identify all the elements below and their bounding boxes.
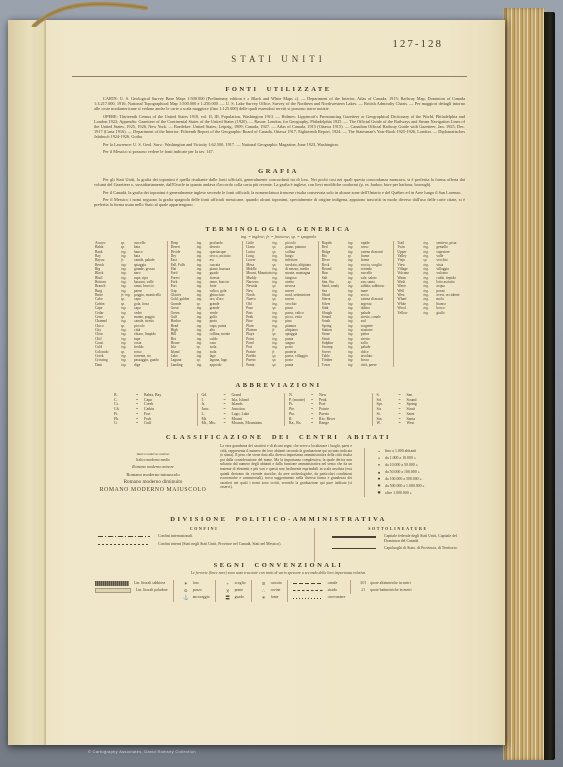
legend-item: 501quote altimetriche in metri (356, 580, 411, 587)
legend-item: Confini internazionali. (98, 534, 310, 539)
map-symbol-icon: 〓 (221, 594, 235, 601)
abbreviation-column: S.=San Sd.=Sound Spr.=Spring Str.=Strait… (372, 393, 460, 426)
legend-item: canale (293, 580, 346, 587)
coastline-swatch-icon (95, 588, 131, 593)
population-range-label: da 500.000 a 1.000.000 » (385, 483, 424, 490)
legend-item: Capitale federale degli Stati Uniti, Cap… (332, 534, 464, 543)
section-heading-terminologia: TERMINOLOGIA GENERICA (88, 226, 469, 233)
legend-item: Confini interni (Stati negli Stati Uniti… (98, 542, 310, 547)
underlines-column: SOTTOLINEATURE Capitale federale degli S… (332, 526, 464, 554)
glossary-row: Landinging.approdo (171, 363, 240, 367)
page-title: STATI UNITI (88, 54, 469, 64)
abbreviation: G. (114, 421, 136, 426)
glossary-term: Landing (171, 363, 197, 367)
section-heading-abbreviazioni: ABBREVIAZIONI (88, 382, 469, 389)
town-symbol-icon: ● (373, 462, 385, 469)
legend-label: cascata (271, 580, 282, 587)
paragraph: Per il Messico si possono vedere le font… (94, 149, 465, 154)
type-specimens: Italico moderno minimo Italico moderno m… (92, 452, 214, 495)
legend-label: carovaniere (328, 594, 346, 601)
abbreviation-column: Gd.=Grand I.=Isla, Island Is.=Islands Ju… (197, 393, 285, 426)
population-range-label: oltre 1.000.000 » (385, 490, 412, 497)
terminology-column: Trailing.sentiero, pista Twining.gemello… (393, 241, 469, 367)
section-heading-fonti: FONTI UTILIZZATE (88, 86, 469, 93)
abbreviation-row: Mt., Mts.=Mounts, Mountains (202, 421, 281, 426)
abbreviation: Mt., Mts. (202, 421, 224, 426)
legend-label: canale (328, 580, 338, 587)
copyright-notice: © Cartography Associates, David Rumsey C… (88, 749, 196, 754)
section-heading-grafia: GRAFIA (88, 168, 469, 175)
symbols-group-b: +scoglio )(ponte 〓guado (215, 580, 251, 602)
borders-title: CONFINI (98, 526, 310, 531)
abbreviation-row: G.=Gulf (114, 421, 193, 426)
legend-item: ✳fonte (257, 594, 282, 601)
town-symbol-icon: ● (373, 455, 385, 462)
legend-label: pozzo (193, 587, 202, 594)
border-line-icon (98, 544, 150, 545)
underlines-items: Capitale federale degli Stati Uniti, Cap… (332, 534, 464, 551)
paragraph: CARTE: U. S. Geological Survey Base Maps… (94, 96, 465, 111)
glossary-term: Yellow (397, 311, 423, 315)
glossary-term: Town (322, 363, 348, 367)
type-specimen: Italico moderno medio (92, 458, 214, 462)
glossary-row: Daming.diga (95, 363, 164, 367)
map-symbol-icon: ✶ (179, 580, 193, 587)
population-range-row: ●oltre 1.000.000 » (373, 490, 473, 497)
abbreviation: Ra., Rs. (289, 421, 311, 426)
population-range-label: fino a 1.000 abitanti (385, 448, 416, 455)
page-number: 127-128 (392, 38, 443, 50)
map-symbol-icon: )( (221, 587, 235, 594)
legend-label: Confini interni (Stati negli Stati Uniti… (158, 542, 281, 547)
coastline-group: Lin. litorali sabbiose Lin. litorali pal… (90, 580, 173, 594)
legend-item: 21quote batimetriche in metri (356, 587, 411, 594)
classification-block: Italico moderno minimo Italico moderno m… (88, 444, 469, 522)
glossary-term: Punta (246, 363, 272, 367)
terminology-column: Rapidsing.rapide Reding.rosso Ridgeing.c… (318, 241, 394, 367)
bookmark-cord (28, 0, 158, 27)
abbreviation-row: Ra., Rs.=Range (289, 421, 368, 426)
glossary-row: Towning.città, paese (322, 363, 391, 367)
elevation-group: 501quote altimetriche in metri 21quote b… (350, 580, 416, 594)
grafia-paragraphs: Per gli Stati Uniti, la grafia dei topon… (94, 177, 465, 210)
expansion: Range (319, 421, 368, 426)
legend-item: )(ponte (221, 587, 246, 594)
abbreviation-row: W.=West (377, 421, 456, 426)
equals-sign: = (399, 421, 407, 426)
paragraph: Per la Lawrence: U. S. Geol. Surv.: Wash… (94, 142, 465, 147)
legend-label: Lin. litorali sabbiose (134, 580, 165, 587)
map-symbol-icon: ⊙ (179, 587, 193, 594)
legend-item: strada (293, 587, 346, 594)
glossary-lang: ing. (423, 311, 436, 315)
paragraph: OPERE: Thirteenth Census of the United S… (94, 114, 465, 139)
paragraph: Per gli Stati Uniti, la grafia dei topon… (94, 177, 465, 187)
abbreviation-column: B.=Bahía, Bay C.=Capo Cr.=Creek Cñ.=Cañó… (110, 393, 197, 426)
fonti-paragraphs: CARTE: U. S. Geological Survey Base Maps… (94, 96, 465, 157)
glossary-meaning: approdo (210, 363, 240, 367)
legend-item: 〓guado (221, 594, 246, 601)
town-symbol-icon: ● (373, 490, 385, 497)
legend-item: Capoluoghi di Stato, di Provincia, di Te… (332, 546, 464, 551)
symbols-group-c: ≋cascata ∴rovine ✳fonte (251, 580, 287, 602)
legend-label: ancoraggio (193, 594, 210, 601)
book-fore-edge-pages (503, 8, 545, 760)
population-range-label: da 100.000 a 500.000 » (385, 476, 422, 483)
type-specimen: Italico moderno minimo (92, 452, 214, 456)
population-range-label: da 1.000 a 10.000 » (385, 455, 416, 462)
glossary-term: Dam (95, 363, 121, 367)
town-symbol-icon: ● (373, 448, 385, 455)
legend-label: faro (193, 580, 199, 587)
legend-item: Lin. litorali paludose (95, 587, 168, 594)
page-gutter-edge (8, 20, 46, 745)
book: 127-128 STATI UNITI FONTI UTILIZZATE CAR… (0, 0, 563, 767)
expansion: Mounts, Mountains (232, 421, 281, 426)
coastline-swatch-icon (95, 581, 129, 586)
terminology-column: Littleing.piccolo Llanosp.piano, pianura… (242, 241, 318, 367)
town-symbol-icon: ● (373, 469, 385, 476)
legend-label: guado (235, 594, 244, 601)
population-ranges: ●fino a 1.000 abitanti ●da 1.000 a 10.00… (364, 448, 473, 497)
legend-label: rovine (271, 587, 281, 594)
page-content: 127-128 STATI UNITI FONTI UTILIZZATE CAR… (88, 20, 469, 745)
legend-item: ≋cascata (257, 580, 282, 587)
type-specimen: Romano moderno minuscolo (92, 472, 214, 477)
legend-label: Confini internazionali. (158, 534, 193, 539)
section-heading-segni: SEGNI CONVENZIONALI (88, 562, 469, 569)
photo-background: { "page": { "page_number": "127-128", "t… (0, 0, 563, 767)
population-range-row: ●da 10.000 a 50.000 » (373, 462, 473, 469)
conventional-signs-legend: Lin. litorali sabbiose Lin. litorali pal… (90, 580, 469, 602)
line-signs-group: canale strada carovaniere (287, 580, 351, 602)
map-symbol-icon: ⚓ (179, 594, 193, 601)
abbreviations-table: B.=Bahía, Bay C.=Capo Cr.=Creek Cñ.=Cañó… (110, 393, 459, 426)
population-range-row: ●fino a 1.000 abitanti (373, 448, 473, 455)
town-symbol-icon: ● (373, 483, 385, 490)
legend-label: quote batimetriche in metri (370, 587, 411, 594)
terminology-column: Deeping.profondo Deserting.deserto Divid… (167, 241, 243, 367)
terminology-column: Arroyosp.ruscello Bahíasp.baia Banking.b… (92, 241, 167, 367)
expansion: West (407, 421, 456, 426)
map-symbol-icon: ∴ (257, 587, 271, 594)
section-heading-divisione: DIVISIONE POLITICO-AMMINISTRATIVA (88, 516, 469, 523)
elevation-number: 501 (356, 580, 370, 587)
classification-paragraph: La vera grandezza dei caratteri e di alc… (220, 444, 352, 490)
population-range-row: ●da 50.000 a 100.000 » (373, 469, 473, 476)
terminologia-legend: ing. = inglese; fr. = francese; sp. = sp… (88, 234, 469, 239)
column-divider (314, 528, 315, 562)
legend-label: ponte (235, 587, 243, 594)
glossary-lang: ing. (348, 363, 361, 367)
type-specimen: ROMANO MODERNO MAIUSCOLO (92, 487, 214, 493)
legend-item: ⊙pozzo (179, 587, 210, 594)
type-specimen: Romano moderno diminuito (92, 479, 214, 485)
glossary-meaning: diga (134, 363, 164, 367)
line-sample-icon (293, 590, 323, 591)
equals-sign: = (136, 421, 144, 426)
title-rule (72, 76, 467, 77)
political-division-block: CONFINI Confini internazionali. Confini … (88, 526, 469, 566)
legend-item: ⚓ancoraggio (179, 594, 210, 601)
glossary-row: Puntasp.punta (246, 363, 315, 367)
town-symbol-icon: ● (373, 476, 385, 483)
line-sample-icon (293, 598, 323, 599)
borders-items: Confini internazionali. Confini interni … (98, 534, 310, 546)
legend-item: ✶faro (179, 580, 210, 587)
map-symbol-icon: ✳ (257, 594, 271, 601)
legend-item: ∴rovine (257, 587, 282, 594)
paragraph: Per il Messico i nomi seguono la grafia … (94, 197, 465, 207)
population-range-row: ●da 100.000 a 500.000 » (373, 476, 473, 483)
population-range-label: da 50.000 a 100.000 » (385, 469, 420, 476)
equals-sign: = (224, 421, 232, 426)
legend-label: Capitale federale degli Stati Uniti, Cap… (384, 534, 464, 543)
glossary-lang: ing. (121, 363, 134, 367)
terminology-table: Arroyosp.ruscello Bahíasp.baia Banking.b… (92, 241, 469, 367)
elevation-number: 21 (356, 587, 370, 594)
line-sample-icon (293, 583, 323, 584)
legend-label: scoglio (235, 580, 246, 587)
underline-line-icon (332, 548, 376, 549)
glossary-row: Yellowing.giallo (397, 311, 466, 315)
symbols-group-a: ✶faro ⊙pozzo ⚓ancoraggio (173, 580, 215, 602)
population-range-row: ●da 500.000 a 1.000.000 » (373, 483, 473, 490)
legend-label: quote altimetriche in metri (370, 580, 410, 587)
expansion: Gulf (144, 421, 193, 426)
underline-line-icon (332, 536, 376, 538)
legend-label: strada (328, 587, 337, 594)
legend-item: +scoglio (221, 580, 246, 587)
glossary-meaning: giallo (436, 311, 466, 315)
map-symbol-icon: ≋ (257, 580, 271, 587)
glossary-lang: ing. (197, 363, 210, 367)
atlas-page: 127-128 STATI UNITI FONTI UTILIZZATE CAR… (8, 20, 505, 745)
map-symbol-icon: + (221, 580, 235, 587)
borders-column: CONFINI Confini internazionali. Confini … (98, 526, 310, 549)
legend-item: Lin. litorali sabbiose (95, 580, 168, 587)
paragraph: Per il Canadà, la grafia dei toponimi è … (94, 190, 465, 195)
legend-label: Capoluoghi di Stato, di Provincia, di Te… (384, 546, 458, 551)
legend-label: Lin. litorali paludose (136, 587, 168, 594)
population-range-label: da 10.000 a 50.000 » (385, 462, 418, 469)
abbreviation-column: N.=New P. (monte)=Peak Pt.=Port Pte.=Poi… (284, 393, 372, 426)
abbreviation: W. (377, 421, 399, 426)
population-range-row: ●da 1.000 a 10.000 » (373, 455, 473, 462)
section-heading-classificazione: CLASSIFICAZIONE DEI CENTRI ABITATI (88, 434, 469, 441)
book-cover-edge (544, 12, 555, 760)
legend-label: fonte (271, 594, 279, 601)
underlines-title: SOTTOLINEATURE (332, 526, 464, 531)
glossary-meaning: punta (285, 363, 315, 367)
border-line-icon (98, 536, 150, 537)
glossary-lang: sp. (272, 363, 285, 367)
equals-sign: = (311, 421, 319, 426)
legend-item: carovaniere (293, 594, 346, 601)
type-specimen: Romano moderno minore (92, 464, 214, 469)
glossary-meaning: città, paese (361, 363, 391, 367)
segni-subtitle: Le ferrovie (linee nere) sono state trac… (88, 571, 469, 575)
